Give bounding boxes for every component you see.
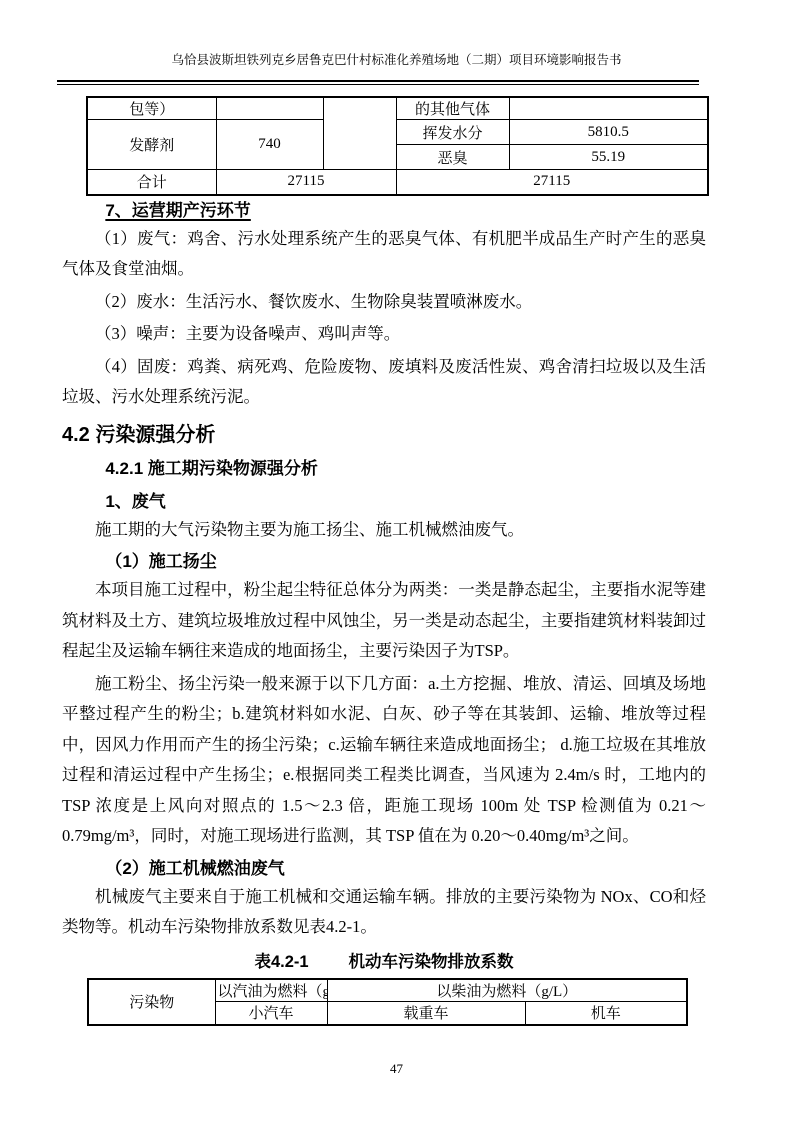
machinery-fuel-gas-heading: （2）施工机械燃油废气 (62, 858, 706, 880)
table-row-total: 合计 27115 27115 (87, 170, 708, 195)
section-4-2-heading: 4.2 污染源强分析 (62, 421, 706, 449)
table-4-2-1-caption: 表4.2-1机动车污染物排放系数 (62, 951, 706, 973)
header-double-rule (57, 80, 699, 85)
table-header-row: 污染物 以汽油为燃料（g/L） 以柴油为燃料（g/L） (88, 979, 687, 1002)
cell-output-name: 恶臭 (396, 145, 509, 170)
document-page: 乌恰县波斯坦铁列克乡居鲁克巴什村标准化养殖场地（二期）项目环境影响报告书 包等）… (0, 0, 793, 1122)
section-7-item-solid-waste: （4）固废：鸡粪、病死鸡、危险废物、废填料及废活性炭、鸡舍清扫垃圾以及生活垃圾、… (62, 352, 706, 413)
header-pollutant: 污染物 (88, 979, 215, 1025)
cell-material-name: 包等） (87, 97, 216, 120)
section-7-item-noise: （3）噪声：主要为设备噪声、鸡叫声等。 (62, 319, 706, 350)
subheader-car: 小汽车 (215, 1002, 327, 1025)
cell-material-value (216, 97, 323, 120)
table-caption-number: 表4.2-1 (254, 953, 308, 971)
table-row: 包等） 的其他气体 (87, 97, 708, 120)
material-balance-table: 包等） 的其他气体 发酵剂 740 挥发水分 5810.5 恶臭 55.19 合… (86, 96, 709, 196)
cell-total-right: 27115 (396, 170, 708, 195)
waste-gas-subheading: 1、废气 (62, 491, 706, 513)
cell-output-value (509, 97, 708, 120)
section-4-2-1-heading: 4.2.1 施工期污染物源强分析 (62, 458, 706, 480)
header-gasoline-fuel: 以汽油为燃料（g/L） (215, 979, 327, 1002)
document-header-title: 乌恰县波斯坦铁列克乡居鲁克巴什村标准化养殖场地（二期）项目环境影响报告书 (0, 0, 793, 68)
cell-output-value: 5810.5 (509, 120, 708, 145)
subheader-locomotive: 机车 (525, 1002, 687, 1025)
cell-material-name: 发酵剂 (87, 120, 216, 170)
cell-material-value: 740 (216, 120, 323, 170)
machinery-fuel-gas-paragraph: 机械废气主要来自于施工机械和交通运输车辆。排放的主要污染物为 NOx、CO和烃类… (62, 882, 706, 943)
header-diesel-fuel: 以柴油为燃料（g/L） (327, 979, 687, 1002)
section-7-heading-text: 7、运营期产污环节 (105, 201, 250, 220)
cell-output-name: 的其他气体 (396, 97, 509, 120)
table-row: 发酵剂 740 挥发水分 5810.5 (87, 120, 708, 145)
cell-empty-span (323, 97, 396, 170)
construction-air-pollutant-intro: 施工期的大气污染物主要为施工扬尘、施工机械燃油废气。 (62, 515, 706, 546)
page-number: 47 (0, 1061, 793, 1077)
cell-output-name: 挥发水分 (396, 120, 509, 145)
vehicle-emission-factor-table: 污染物 以汽油为燃料（g/L） 以柴油为燃料（g/L） 小汽车 载重车 机车 (87, 978, 688, 1026)
construction-dust-paragraph-2: 施工粉尘、扬尘污染一般来源于以下几方面：a.土方挖掘、堆放、清运、回填及场地平整… (62, 669, 706, 852)
section-7-item-waste-gas: （1）废气：鸡舍、污水处理系统产生的恶臭气体、有机肥半成品生产时产生的恶臭气体及… (62, 224, 706, 285)
construction-dust-paragraph-1: 本项目施工过程中，粉尘起尘特征总体分为两类：一类是静态起尘，主要指水泥等建筑材料… (62, 575, 706, 667)
subheader-truck: 载重车 (327, 1002, 525, 1025)
section-7-item-waste-water: （2）废水：生活污水、餐饮废水、生物除臭装置喷淋废水。 (62, 287, 706, 318)
cell-total-label: 合计 (87, 170, 216, 195)
cell-total-left: 27115 (216, 170, 396, 195)
construction-dust-heading: （1）施工扬尘 (62, 551, 706, 573)
section-7-heading: 7、运营期产污环节 (62, 200, 706, 222)
table-caption-title: 机动车污染物排放系数 (349, 953, 514, 971)
cell-output-value: 55.19 (509, 145, 708, 170)
